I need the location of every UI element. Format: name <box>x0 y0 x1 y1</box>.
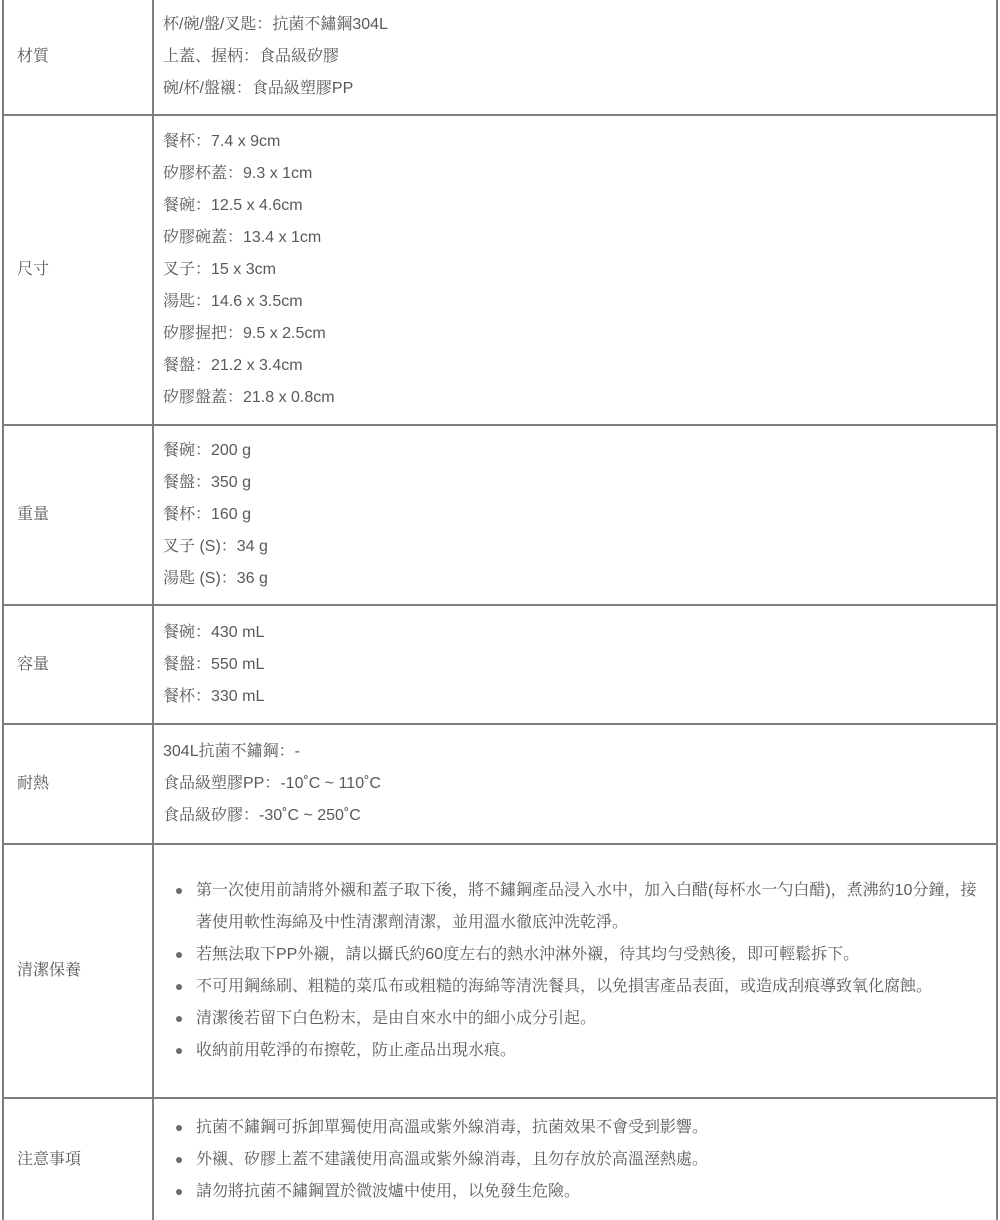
bullet-list-notes: 抗菌不鏽鋼可拆卸單獨使用高溫或紫外線消毒，抗菌效果不會受到影響。外襯、矽膠上蓋不… <box>163 1112 982 1208</box>
spec-line: 矽膠握把：9.5 x 2.5cm <box>163 318 982 350</box>
spec-line: 食品級矽膠：-30˚C ~ 250˚C <box>163 800 982 832</box>
row-content-notes: 抗菌不鏽鋼可拆卸單獨使用高溫或紫外線消毒，抗菌效果不會受到影響。外襯、矽膠上蓋不… <box>154 1099 996 1220</box>
row-label-cell-dimensions: 尺寸 <box>4 116 154 424</box>
row-content-dimensions: 餐杯：7.4 x 9cm矽膠杯蓋：9.3 x 1cm餐碗：12.5 x 4.6c… <box>154 116 996 424</box>
spec-row-dimensions: 尺寸餐杯：7.4 x 9cm矽膠杯蓋：9.3 x 1cm餐碗：12.5 x 4.… <box>4 116 996 426</box>
bullet-list-cleaning-care: 第一次使用前請將外襯和蓋子取下後，將不鏽鋼產品浸入水中，加入白醋(每杯水一勺白醋… <box>163 875 982 1067</box>
spec-line: 叉子：15 x 3cm <box>163 254 982 286</box>
spec-line: 矽膠盤蓋：21.8 x 0.8cm <box>163 382 982 414</box>
row-label-cell-heat-resistance: 耐熱 <box>4 725 154 843</box>
spec-row-weight: 重量餐碗：200 g餐盤：350 g餐杯：160 g叉子 (S)：34 g湯匙 … <box>4 426 996 606</box>
bullet-item: 請勿將抗菌不鏽鋼置於微波爐中使用，以免發生危險。 <box>163 1176 982 1208</box>
spec-line: 餐杯：330 mL <box>163 681 982 713</box>
row-label-cleaning-care: 清潔保養 <box>17 960 81 982</box>
spec-line: 餐盤：21.2 x 3.4cm <box>163 350 982 382</box>
row-content-material: 杯/碗/盤/叉匙：抗菌不鏽鋼304L上蓋、握柄：食品級矽膠碗/杯/盤襯：食品級塑… <box>154 0 996 114</box>
spec-line: 矽膠杯蓋：9.3 x 1cm <box>163 158 982 190</box>
spec-line: 餐碗：200 g <box>163 435 982 467</box>
row-label-heat-resistance: 耐熱 <box>17 773 49 795</box>
spec-line: 餐盤：350 g <box>163 467 982 499</box>
spec-line: 上蓋、握柄：食品級矽膠 <box>163 41 982 73</box>
spec-line: 矽膠碗蓋：13.4 x 1cm <box>163 222 982 254</box>
spec-line: 餐杯：7.4 x 9cm <box>163 126 982 158</box>
row-label-cell-cleaning-care: 清潔保養 <box>4 845 154 1097</box>
spec-line: 食品級塑膠PP：-10˚C ~ 110˚C <box>163 768 982 800</box>
spec-line: 餐杯：160 g <box>163 499 982 531</box>
bullet-item: 收納前用乾淨的布擦乾，防止產品出現水痕。 <box>163 1035 982 1067</box>
row-label-cell-notes: 注意事項 <box>4 1099 154 1220</box>
spec-line: 杯/碗/盤/叉匙：抗菌不鏽鋼304L <box>163 9 982 41</box>
row-label-capacity: 容量 <box>17 654 49 676</box>
spec-line: 碗/杯/盤襯：食品級塑膠PP <box>163 73 982 105</box>
spec-line: 湯匙 (S)：36 g <box>163 563 982 595</box>
spec-line: 叉子 (S)：34 g <box>163 531 982 563</box>
row-label-notes: 注意事項 <box>17 1149 81 1171</box>
row-label-material: 材質 <box>17 46 49 68</box>
spec-line: 餐碗：430 mL <box>163 617 982 649</box>
row-label-cell-material: 材質 <box>4 0 154 114</box>
spec-row-heat-resistance: 耐熱304L抗菌不鏽鋼：-食品級塑膠PP：-10˚C ~ 110˚C食品級矽膠：… <box>4 725 996 845</box>
bullet-item: 抗菌不鏽鋼可拆卸單獨使用高溫或紫外線消毒，抗菌效果不會受到影響。 <box>163 1112 982 1144</box>
spec-line: 304L抗菌不鏽鋼：- <box>163 736 982 768</box>
bullet-item: 不可用鋼絲刷、粗糙的菜瓜布或粗糙的海綿等清洗餐具，以免損害產品表面，或造成刮痕導… <box>163 971 982 1003</box>
row-content-capacity: 餐碗：430 mL餐盤：550 mL餐杯：330 mL <box>154 606 996 723</box>
bullet-item: 清潔後若留下白色粉末，是由自來水中的細小成分引起。 <box>163 1003 982 1035</box>
spec-row-material: 材質杯/碗/盤/叉匙：抗菌不鏽鋼304L上蓋、握柄：食品級矽膠碗/杯/盤襯：食品… <box>4 0 996 116</box>
row-label-cell-capacity: 容量 <box>4 606 154 723</box>
row-label-cell-weight: 重量 <box>4 426 154 604</box>
product-spec-table: 材質杯/碗/盤/叉匙：抗菌不鏽鋼304L上蓋、握柄：食品級矽膠碗/杯/盤襯：食品… <box>2 0 998 1220</box>
row-label-weight: 重量 <box>17 504 49 526</box>
bullet-item: 第一次使用前請將外襯和蓋子取下後，將不鏽鋼產品浸入水中，加入白醋(每杯水一勺白醋… <box>163 875 982 939</box>
row-label-dimensions: 尺寸 <box>17 259 49 281</box>
spec-line: 湯匙：14.6 x 3.5cm <box>163 286 982 318</box>
spec-line: 餐盤：550 mL <box>163 649 982 681</box>
row-content-heat-resistance: 304L抗菌不鏽鋼：-食品級塑膠PP：-10˚C ~ 110˚C食品級矽膠：-3… <box>154 725 996 843</box>
spec-row-notes: 注意事項抗菌不鏽鋼可拆卸單獨使用高溫或紫外線消毒，抗菌效果不會受到影響。外襯、矽… <box>4 1099 996 1220</box>
bullet-item: 外襯、矽膠上蓋不建議使用高溫或紫外線消毒，且勿存放於高溫溼熱處。 <box>163 1144 982 1176</box>
spec-row-cleaning-care: 清潔保養第一次使用前請將外襯和蓋子取下後，將不鏽鋼產品浸入水中，加入白醋(每杯水… <box>4 845 996 1099</box>
bullet-item: 若無法取下PP外襯，請以攝氏約60度左右的熱水沖淋外襯，待其均勻受熱後，即可輕鬆… <box>163 939 982 971</box>
spec-row-capacity: 容量餐碗：430 mL餐盤：550 mL餐杯：330 mL <box>4 606 996 725</box>
row-content-cleaning-care: 第一次使用前請將外襯和蓋子取下後，將不鏽鋼產品浸入水中，加入白醋(每杯水一勺白醋… <box>154 845 996 1097</box>
row-content-weight: 餐碗：200 g餐盤：350 g餐杯：160 g叉子 (S)：34 g湯匙 (S… <box>154 426 996 604</box>
spec-line: 餐碗：12.5 x 4.6cm <box>163 190 982 222</box>
